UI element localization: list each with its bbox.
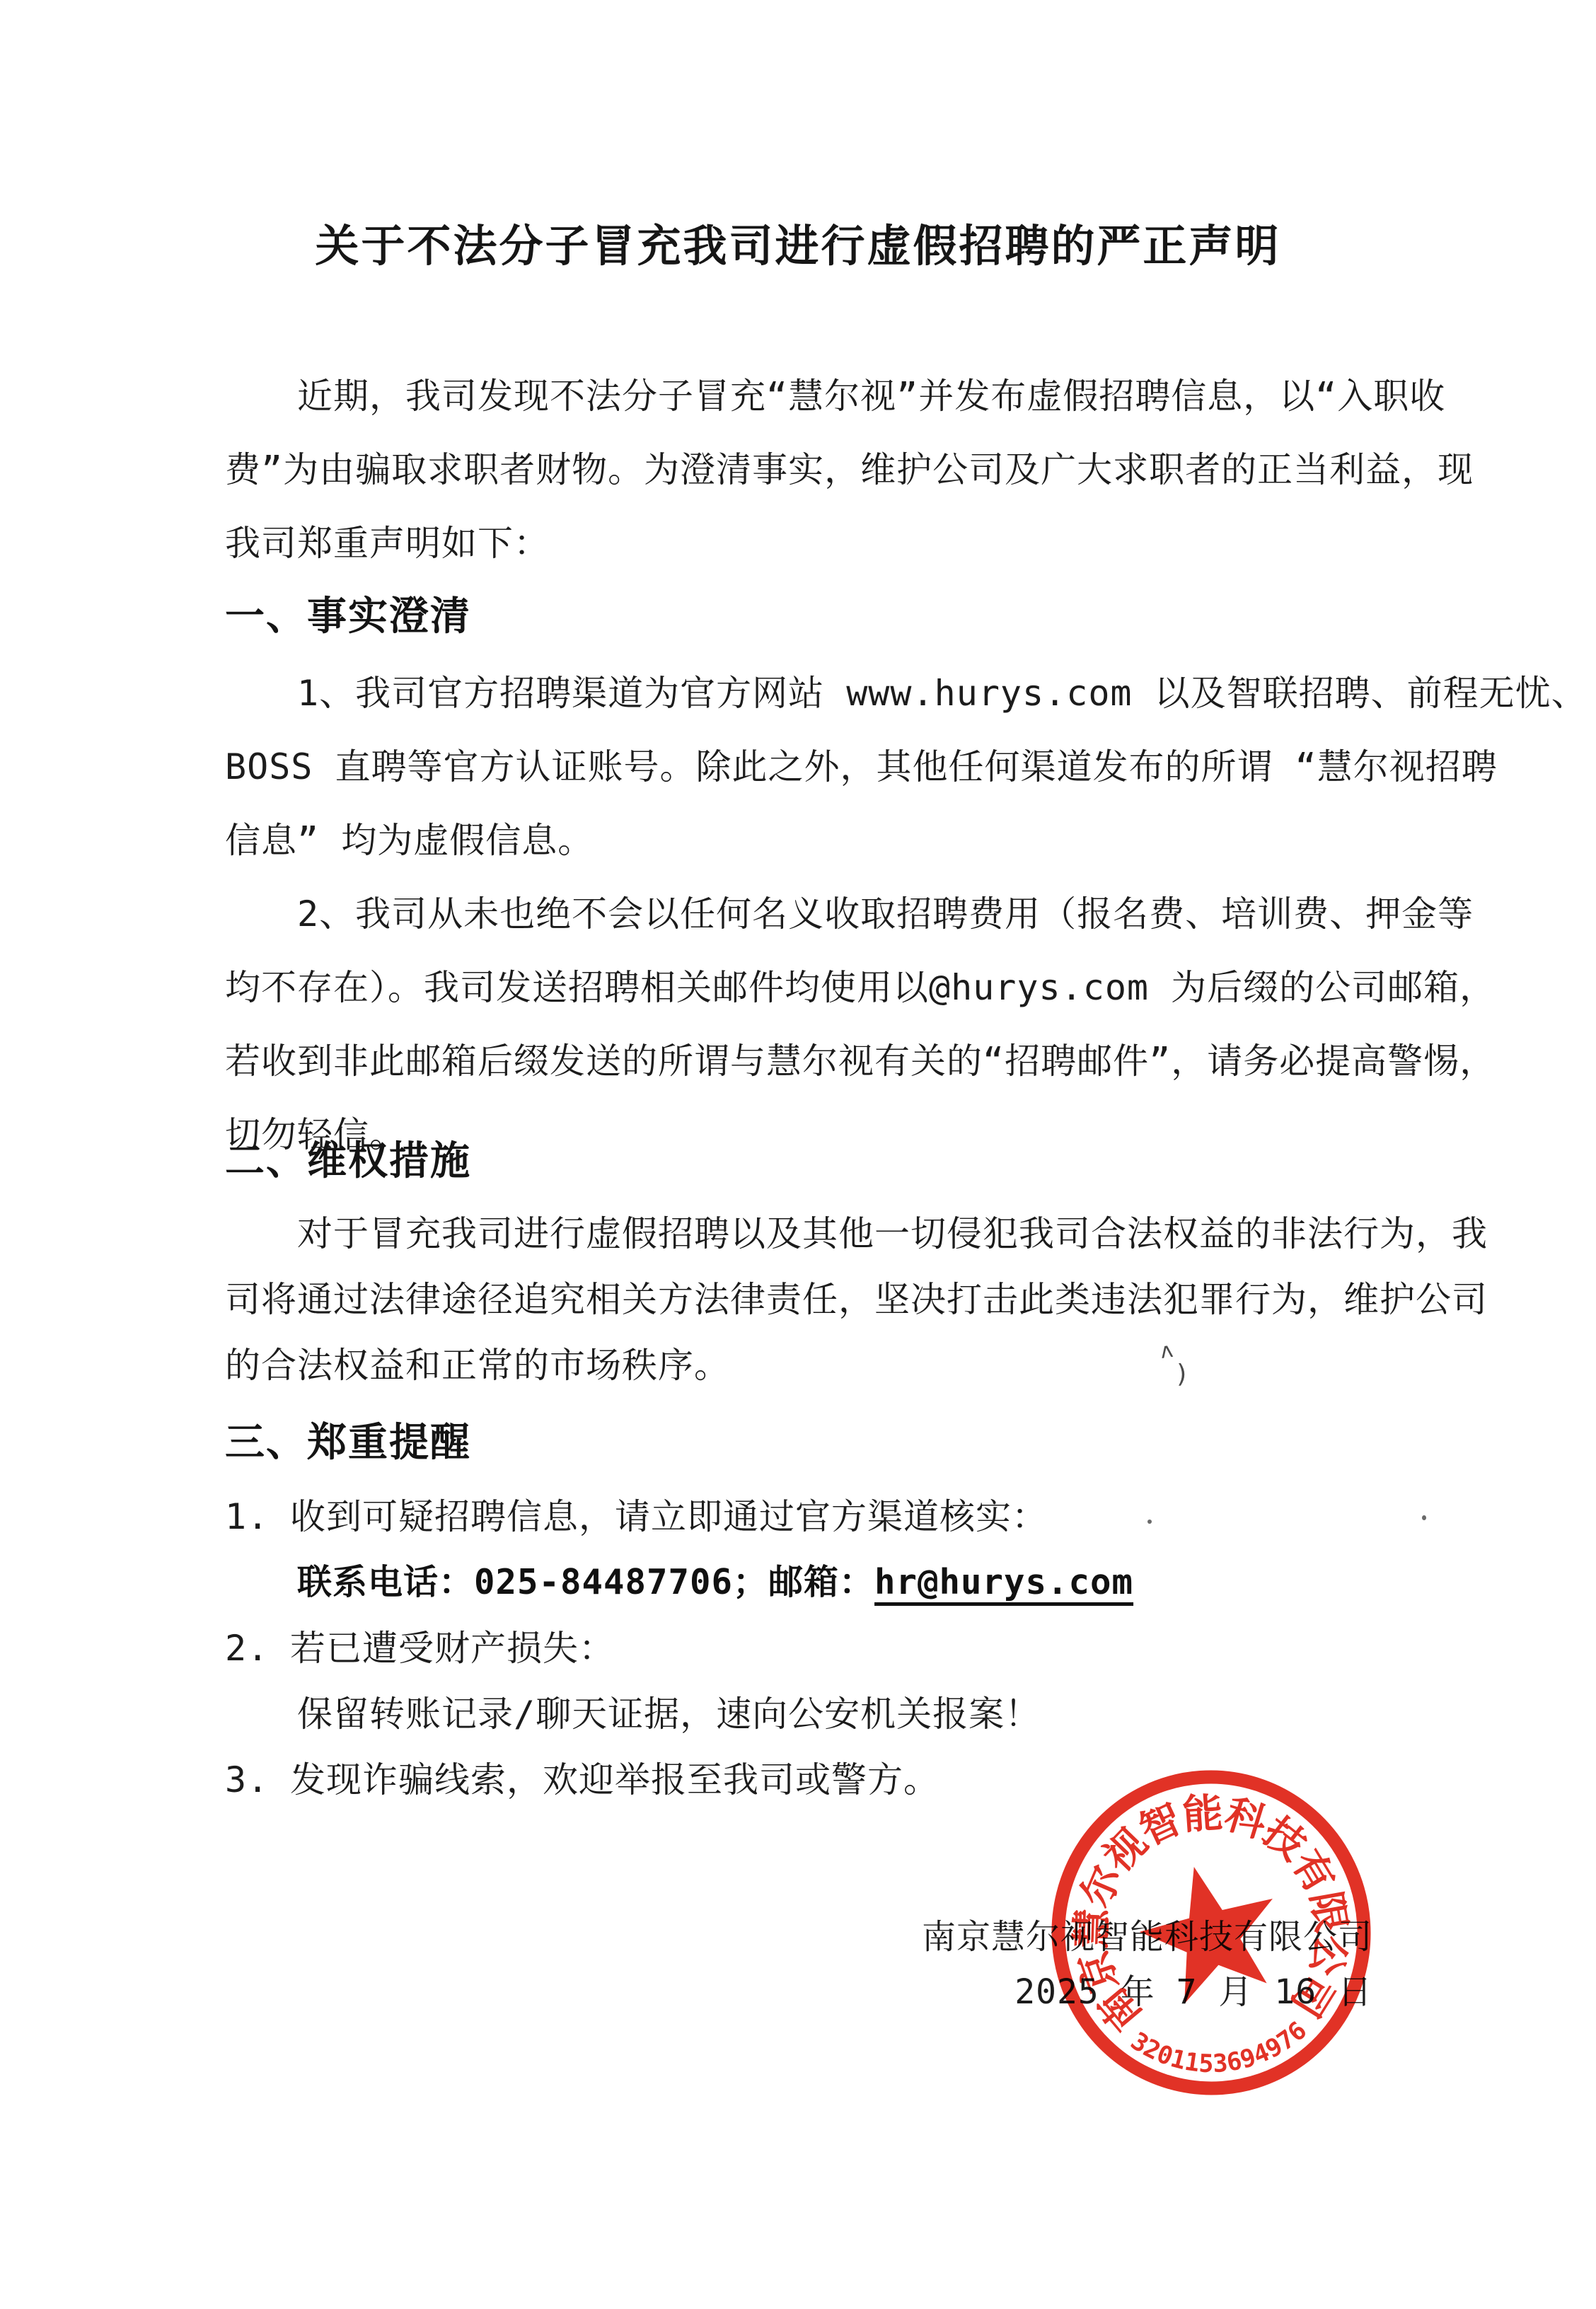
section1-line-3: 信息” 均为虚假信息。 <box>225 818 1413 863</box>
section2-line-2: 司将通过法律途径追究相关方法律责任，坚决打击此类违法犯罪行为，维护公司 <box>225 1277 1413 1322</box>
section3-heading: 三、郑重提醒 <box>225 1418 1413 1469</box>
intro-line-3: 我司郑重声明如下： <box>225 521 1413 566</box>
svg-text:能: 能 <box>1181 1790 1225 1839</box>
reminder-item-1: 1. 收到可疑招聘信息，请立即通过官方渠道核实： <box>225 1494 1413 1539</box>
section1-heading: 一、事实澄清 <box>225 591 1413 642</box>
company-seal-stamp: 南京慧尔视智能科技有限公司 3201153694976 <box>1030 1752 1392 2114</box>
contact-email-address: hr@hurys.com <box>874 1562 1133 1602</box>
svg-text:限: 限 <box>1302 1888 1355 1936</box>
intro-line-1: 近期，我司发现不法分子冒充“慧尔视”并发布虚假招聘信息，以“入职收 <box>225 374 1486 419</box>
section1-line-5: 均不存在）。我司发送招聘相关邮件均使用以@hurys.com 为后缀的公司邮箱， <box>225 965 1413 1010</box>
contact-line: 联系电话：025-84487706；邮箱：hr@hurys.com <box>297 1560 1415 1605</box>
reminder-item-3-text: 发现诈骗线索，欢迎举报至我司或警方。 <box>290 1757 939 1802</box>
reminder-item-1-number: 1. <box>225 1494 290 1539</box>
scan-artifact-mark: ʌ <box>1159 1338 1175 1364</box>
intro-line-2: 费”为由骗取求职者财物。为澄清事实，维护公司及广大求职者的正当利益，现 <box>225 447 1413 492</box>
reminder-item-2: 2. 若已遭受财产损失： <box>225 1626 1413 1671</box>
scan-speck <box>1422 1515 1426 1520</box>
section2-line-1: 对于冒充我司进行虚假招聘以及其他一切侵犯我司合法权益的非法行为，我 <box>225 1211 1486 1256</box>
statement-document-page: 关于不法分子冒充我司进行虚假招聘的严正声明 近期，我司发现不法分子冒充“慧尔视”… <box>0 0 1596 2309</box>
evidence-line: 保留转账记录/聊天证据，速向公安机关报案！ <box>297 1691 1415 1737</box>
contact-phone-number: 025-84487706 <box>474 1562 733 1602</box>
reminder-item-2-number: 2. <box>225 1626 290 1671</box>
reminder-item-3-number: 3. <box>225 1757 290 1802</box>
seal-star-icon <box>1128 1851 1293 2010</box>
section2-line-3: 的合法权益和正常的市场秩序。 <box>225 1343 1413 1388</box>
section1-line-6: 若收到非此邮箱后缀发送的所谓与慧尔视有关的“招聘邮件”，请务必提高警惕， <box>225 1038 1413 1084</box>
reminder-item-2-text: 若已遭受财产损失： <box>290 1626 615 1671</box>
scan-speck <box>1147 1520 1152 1524</box>
document-title: 关于不法分子冒充我司进行虚假招聘的严正声明 <box>0 211 1596 274</box>
section1-line-2: BOSS 直聘等官方认证账号。除此之外，其他任何渠道发布的所谓 “慧尔视招聘 <box>225 744 1413 789</box>
scan-artifact-mark: ) <box>1174 1360 1190 1389</box>
reminder-item-1-text: 收到可疑招聘信息，请立即通过官方渠道核实： <box>290 1494 1048 1539</box>
contact-email-label: ；邮箱： <box>733 1562 874 1602</box>
section1-line-1: 1、我司官方招聘渠道为官方网站 www.hurys.com 以及智联招聘、前程无… <box>225 671 1486 716</box>
svg-text:慧: 慧 <box>1068 1908 1116 1950</box>
section2-heading: 二、维权措施 <box>225 1136 1413 1187</box>
contact-phone-label: 联系电话： <box>297 1562 474 1602</box>
section1-line-4: 2、我司从未也绝不会以任何名义收取招聘费用（报名费、培训费、押金等 <box>225 891 1486 937</box>
